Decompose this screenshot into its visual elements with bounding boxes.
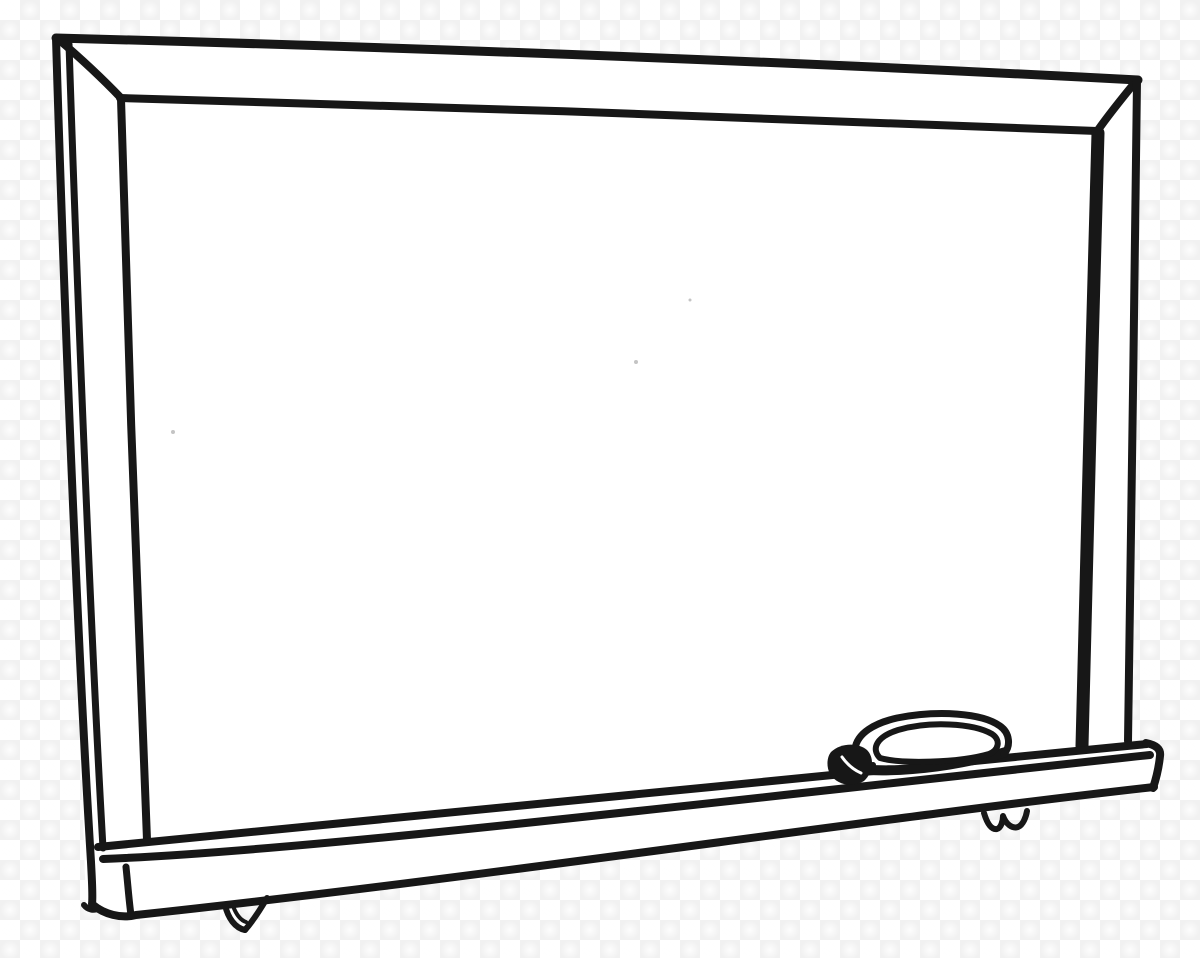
paper-fills [57, 37, 1162, 919]
bracket-left-inner-stroke [233, 906, 246, 922]
illustration-canvas: Hand-drawn blank blackboard with chalk t… [0, 0, 1200, 958]
tray-bracket-right [984, 811, 1027, 829]
board-speck [634, 360, 638, 364]
board-speck [171, 430, 175, 434]
board-speck [689, 299, 692, 302]
bracket-right-hook-strokes [984, 811, 1027, 829]
blackboard-illustration: Hand-drawn blank blackboard with chalk t… [0, 0, 1200, 958]
